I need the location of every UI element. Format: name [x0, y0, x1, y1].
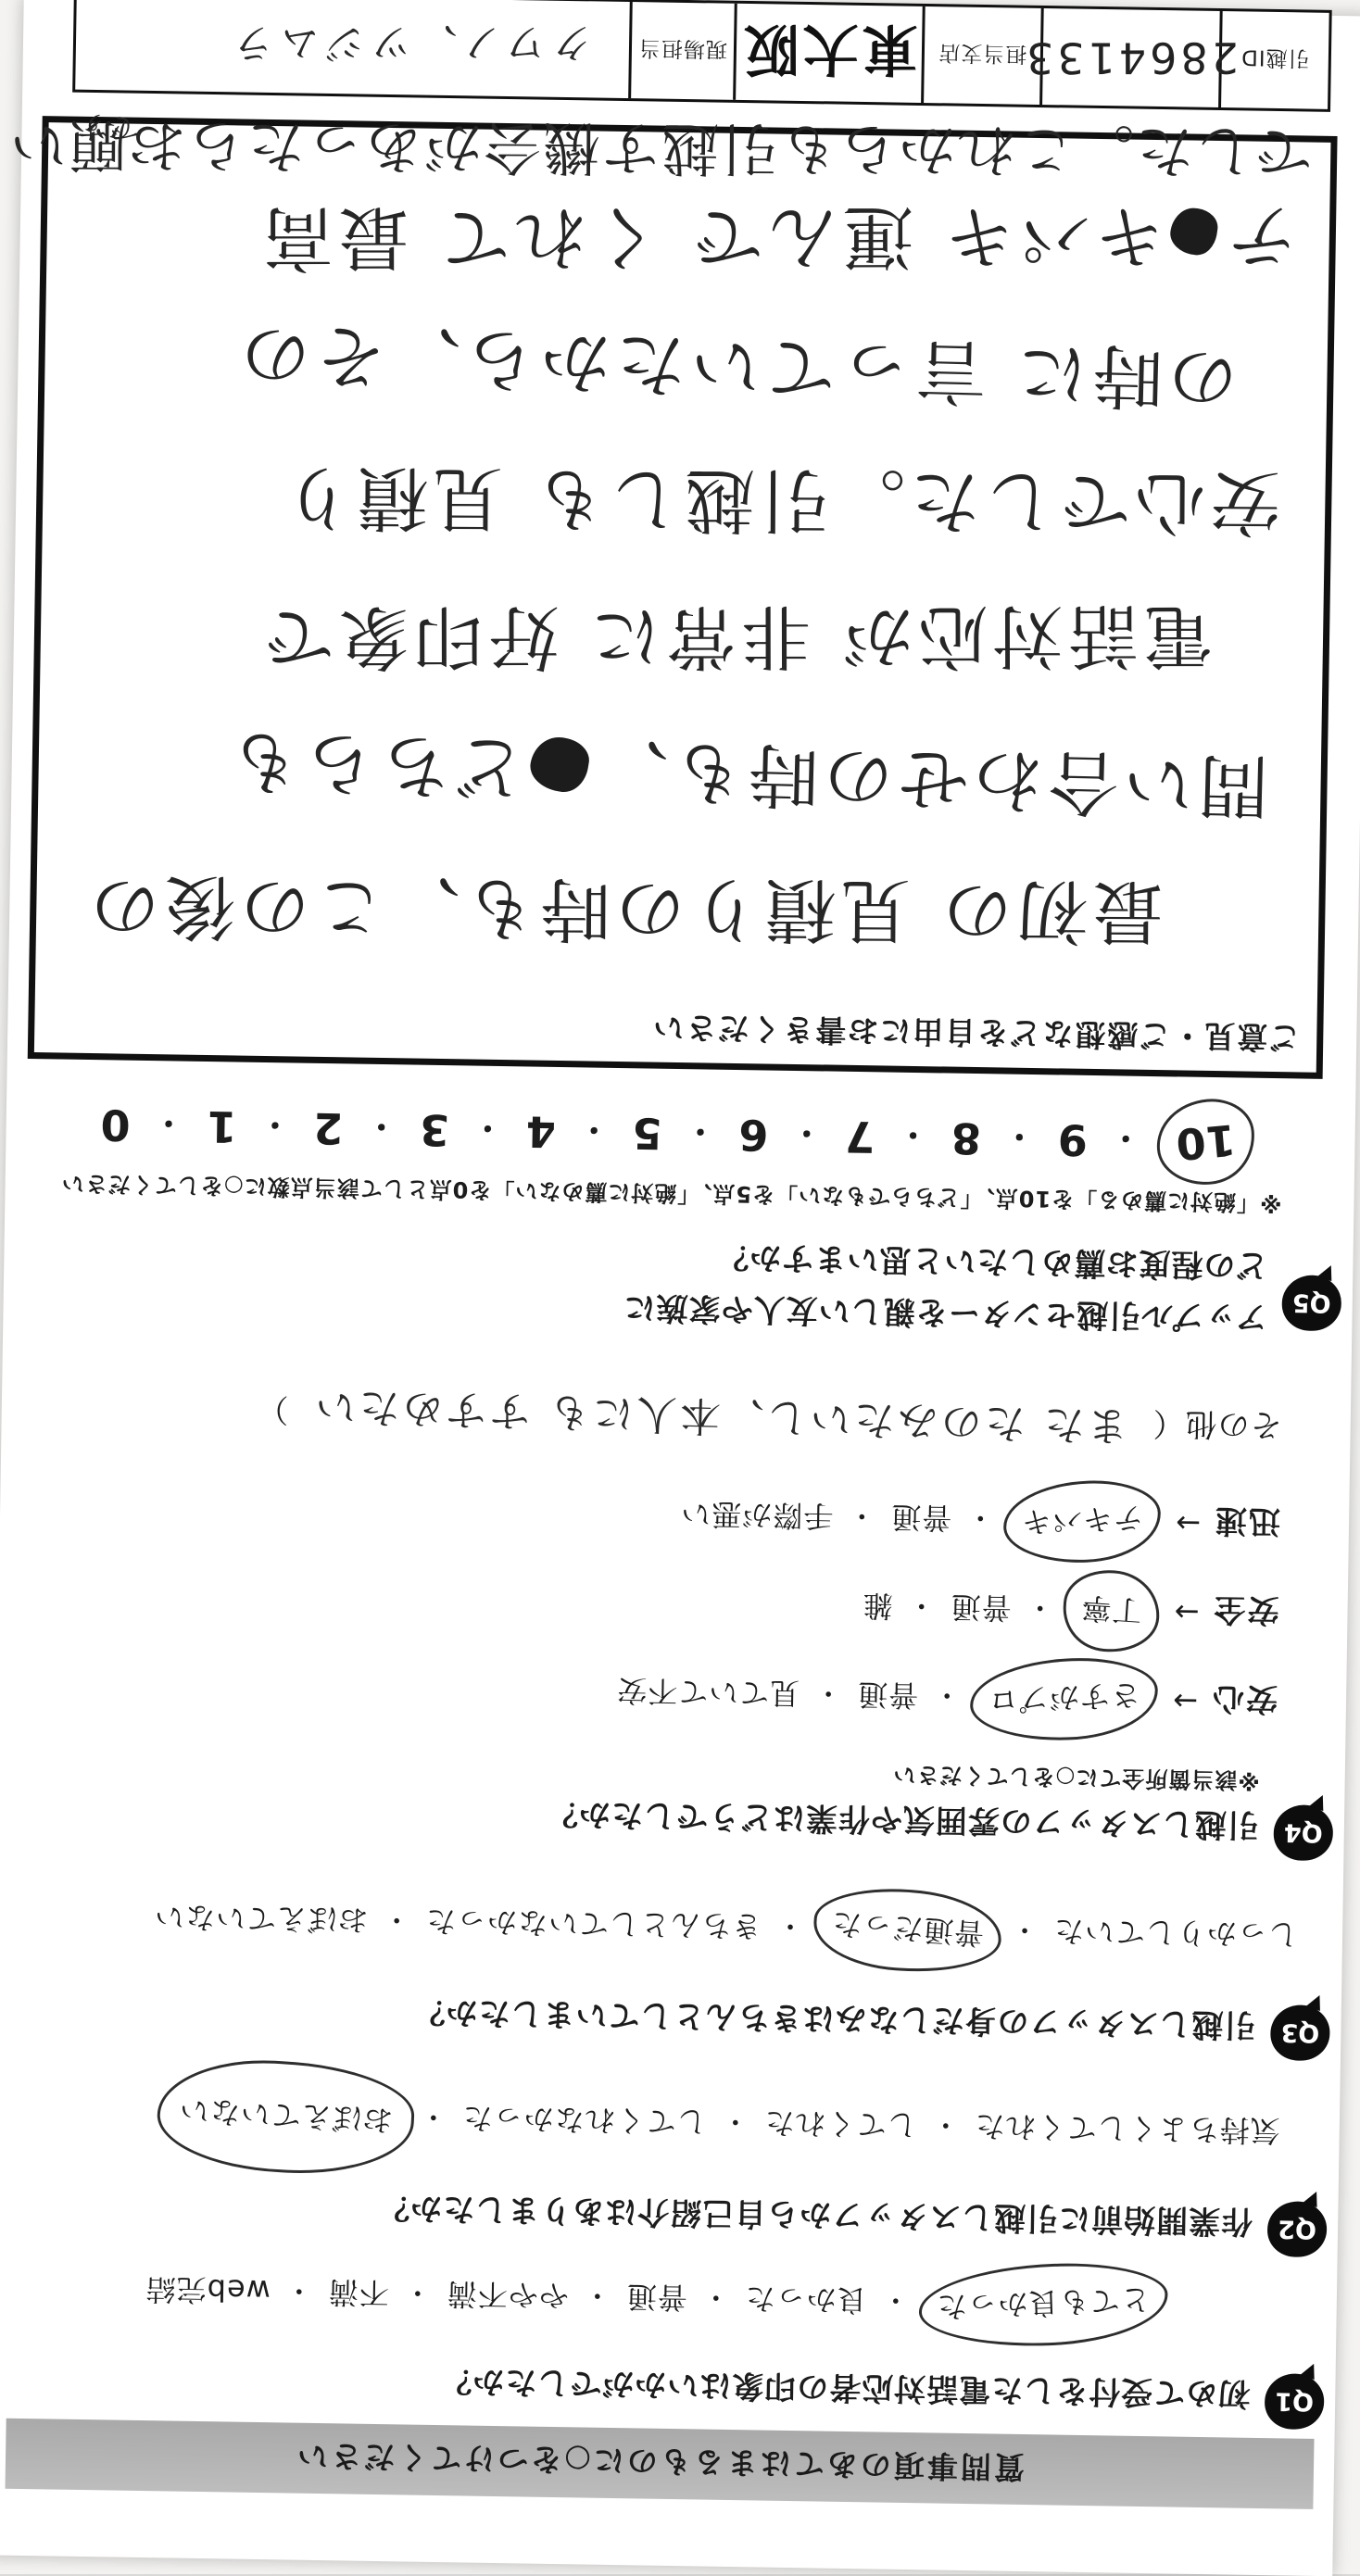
q4-row-anshin: 安心 → さすがプロ ・ 普通 ・ 見ていて不安: [616, 1668, 1278, 1727]
q5-score: 5: [632, 1108, 662, 1158]
comment-line: 問い合わせの時も、どちらも: [223, 716, 1269, 843]
option-separator: ・: [419, 2099, 447, 2140]
q2-title: 作業開始前に引越しスタッフから自己紹介はありましたか？: [377, 2188, 1253, 2247]
q2-option: してくれた: [763, 2104, 917, 2149]
q1-option: web完結: [145, 2269, 271, 2314]
q4-row-label: 安全: [1212, 1590, 1279, 1637]
comment-text: 問い合わせの時も、: [593, 729, 1270, 828]
q5-score: 9: [1057, 1114, 1088, 1164]
scale-separator: ・: [472, 1108, 504, 1154]
arrow-icon: →: [1174, 1594, 1199, 1629]
option-separator: ・: [583, 2278, 611, 2318]
q5-score: 7: [845, 1112, 875, 1162]
q4-jinsoku-option: 手際が悪い: [680, 1494, 834, 1539]
q5-score: 1: [207, 1101, 237, 1151]
option-separator: ・: [403, 2274, 432, 2315]
q1-badge: Q1: [1265, 2373, 1325, 2430]
staff-label-cell: 現場担当: [628, 2, 735, 100]
q5-badge-label: Q5: [1292, 1288, 1331, 1318]
q2-options: 気持ちよくしてくれた ・ してくれた ・ してくれなかった ・ おぼえていない: [166, 2091, 1280, 2156]
q1-option: 不満: [327, 2272, 389, 2316]
survey-paper: 質問事項のあてはまるものに○をつけてください Q1 初めて受付をした電話対応者の…: [0, 0, 1360, 2574]
comment-line: の時に 言っていたから、その: [234, 309, 1240, 434]
q1-badge-label: Q1: [1275, 2387, 1314, 2417]
q4-anshin-option: 見ていて不安: [616, 1671, 800, 1716]
scale-separator: ・: [1003, 1116, 1036, 1162]
comment-line: 安心でした。引越しも 見積り: [278, 453, 1281, 559]
scale-separator: ・: [897, 1114, 929, 1161]
comment-box: ご意見・ご感想などを自由にお書きください 最初の 見積りの時も、この後の 問い合…: [28, 116, 1338, 1079]
arrow-icon: →: [1176, 1505, 1201, 1540]
comment-line: 電話対応が 非常に 好印象で: [258, 591, 1214, 694]
q4-title: 引越しスタッフの雰囲気や作業はどうでしたか？: [546, 1794, 1260, 1851]
comment-line: 最初の 見積りの時も、この後の: [85, 861, 1164, 968]
q4-badge: Q4: [1273, 1804, 1333, 1861]
option-separator: ・: [721, 2104, 749, 2144]
q5-score: 0: [100, 1100, 131, 1150]
q3-badge-label: Q3: [1280, 2018, 1319, 2048]
q5-note: ※「絶対に薦める」を10点、「どちらでもない」を5点、「絶対に薦めない」を0点と…: [61, 1170, 1282, 1222]
q4-jinsoku-option: 普通: [890, 1498, 952, 1541]
q4-other-row: その他（ また たのみたいし、本人にも すすめたい ）: [256, 1383, 1282, 1458]
q2-badge-label: Q2: [1278, 2215, 1316, 2244]
option-separator: ・: [776, 1908, 805, 1949]
q4-row-jinsoku: 迅速 → テキパキ ・ 普通 ・ 手際が悪い: [680, 1491, 1281, 1549]
q1-option-circled: とても良かった: [917, 2259, 1169, 2350]
q5-title-line1: アップル引越センターを親しい友人や家族に: [623, 1288, 1267, 1343]
staff-value-handwriting: クワノ、ツジムラ: [228, 17, 593, 77]
scale-separator: ・: [258, 1104, 291, 1150]
staff-value-cell: クワノ、ツジムラ: [75, 0, 630, 98]
comment-text: キパキ 運んで くれて 最高: [258, 195, 1165, 280]
comment-text: テ: [1223, 195, 1298, 278]
scribbled-out-text: [1167, 206, 1219, 258]
footer-info-table: 引越ID 2864133 担当支店 東大阪 現場担当 クワノ、ツジムラ: [72, 0, 1332, 112]
q4-anzen-option: 雑: [862, 1586, 893, 1629]
option-separator: ・: [814, 1675, 843, 1715]
q4-other-label: その他（: [1152, 1404, 1282, 1451]
q5-score: 6: [738, 1110, 769, 1160]
scanned-survey-page: 質問事項のあてはまるものに○をつけてください Q1 初めて受付をした電話対応者の…: [0, 0, 1360, 2574]
comment-line: テキパキ 運んで くれて 最高: [258, 192, 1298, 295]
q2-option: してくれなかった: [461, 2098, 707, 2144]
q2-option-circled: おぼえていない: [155, 2055, 417, 2180]
comment-box-label: ご意見・ご感想などを自由にお書きください: [651, 1008, 1301, 1062]
option-separator: ・: [881, 2282, 910, 2323]
scale-separator: ・: [1110, 1118, 1142, 1164]
comment-text: どちらも: [224, 720, 526, 810]
q5-score-circled: 10: [1153, 1095, 1259, 1188]
q4-anzen-option: 普通: [950, 1588, 1012, 1631]
q4-anzen-circled: 丁寧: [1061, 1567, 1163, 1655]
q5-badge: Q5: [1281, 1275, 1341, 1331]
branch-value-cell: 東大阪: [733, 4, 923, 103]
q5-score: 2: [313, 1103, 344, 1153]
q3-option: おぼえていない: [154, 1897, 369, 1943]
instruction-banner: 質問事項のあてはまるものに○をつけてください: [6, 2419, 1315, 2509]
q4-row-label: 安心: [1211, 1679, 1278, 1726]
q4-other-close: ）: [256, 1389, 289, 1436]
q2-badge: Q2: [1267, 2201, 1328, 2257]
q1-title: 初めて受付をした電話対応者の印象はいかがでしたか？: [439, 2361, 1251, 2419]
option-separator: ・: [1011, 1912, 1039, 1953]
staff-label: 現場担当: [638, 35, 728, 68]
option-separator: ・: [931, 2106, 960, 2147]
q5-nps-scale: 10 ・ 9 ・ 8 ・ 7 ・ 6 ・ 5 ・ 4 ・ 3 ・ 2 ・ 1 ・…: [100, 1097, 1248, 1170]
q4-row-label: 迅速: [1214, 1502, 1281, 1548]
comment-line: でした。これからも引越す機会があったらお願いしたい: [0, 107, 1312, 197]
q1-option: 普通: [625, 2277, 687, 2320]
move-id-value-cell: 2864133: [1039, 8, 1220, 107]
q1-option: やや不満: [446, 2274, 569, 2318]
option-separator: ・: [1026, 1590, 1054, 1630]
scribbled-out-text: [527, 733, 593, 795]
q3-options: しっかりしていた ・ 普通だった ・ きちんとしていなかった ・ おぼえていない: [154, 1894, 1299, 1960]
q4-jinsoku-circled: テキパキ: [1002, 1478, 1163, 1565]
q2-option: 気持ちよくしてくれた: [974, 2106, 1280, 2154]
move-id-label: 引越ID: [1240, 44, 1310, 76]
q3-title: 引越しスタッフの身だしなみはきちんとしていましたか？: [412, 1992, 1256, 2051]
scale-separator: ・: [685, 1112, 717, 1158]
option-separator: ・: [966, 1500, 995, 1540]
q5-score: 4: [525, 1106, 556, 1156]
q4-note: ※該当箇所全てに○をしてください: [892, 1761, 1260, 1799]
option-separator: ・: [848, 1498, 876, 1539]
option-separator: ・: [933, 1677, 962, 1717]
q4-anshin-circled: さすがプロ: [969, 1655, 1160, 1743]
q4-anshin-option: 普通: [857, 1675, 919, 1718]
q3-badge: Q3: [1270, 2004, 1330, 2061]
q5-score: 8: [951, 1113, 982, 1163]
scale-separator: ・: [153, 1103, 185, 1150]
q5-title-line2: どの程度お薦めしたいと思いますか？: [716, 1238, 1268, 1291]
option-separator: ・: [284, 2272, 313, 2313]
q4-row-anzen: 安全 → 丁寧 ・ 普通 ・ 雑: [862, 1583, 1279, 1638]
q1-option: 良かった: [744, 2279, 867, 2323]
move-id-value: 2864133: [1023, 32, 1239, 82]
q4-badge-label: Q4: [1284, 1818, 1323, 1848]
q3-option-circled: 普通だった: [811, 1883, 1004, 1978]
q4-other-handwriting: また たのみたいし、本人にも すすめたい: [312, 1380, 1129, 1459]
q5-score: 3: [420, 1105, 450, 1155]
branch-value-handwriting: 東大阪: [740, 13, 918, 93]
q3-option: きちんとしていなかった: [425, 1902, 762, 1950]
scale-separator: ・: [790, 1112, 823, 1159]
scale-separator: ・: [365, 1106, 397, 1152]
instruction-banner-text: 質問事項のあてはまるものに○をつけてください: [295, 2436, 1025, 2491]
option-separator: ・: [383, 1902, 411, 1942]
scale-separator: ・: [578, 1110, 611, 1156]
q3-option: しっかりしていた: [1053, 1911, 1299, 1957]
comment-tail: です: [76, 107, 142, 154]
arrow-icon: →: [1173, 1683, 1198, 1718]
q1-options: とても良かった ・ 良かった ・ 普通 ・ やや不満 ・ 不満 ・ web完結: [145, 2267, 1163, 2331]
branch-label: 担当支店: [938, 40, 1027, 72]
option-separator: ・: [907, 1588, 936, 1628]
option-separator: ・: [701, 2280, 730, 2320]
